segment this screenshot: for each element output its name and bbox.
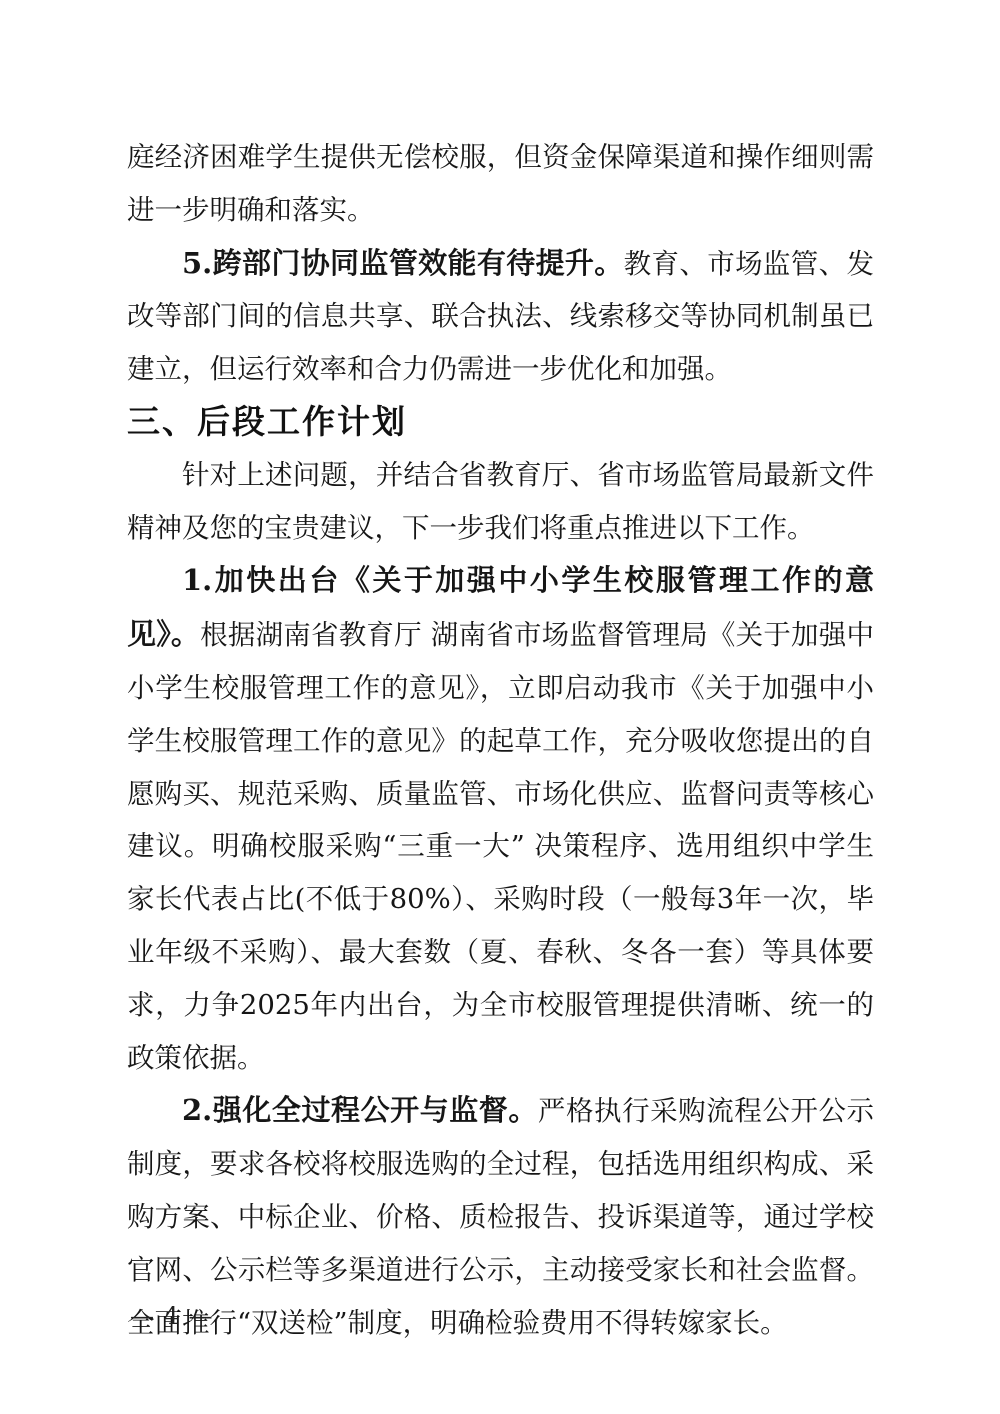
section-heading-text: 三、后段工作计划 xyxy=(127,402,407,441)
paragraph-continuation-text: 庭经济困难学生提供无偿校服，但资金保障渠道和操作细则需进一步明确和落实。 xyxy=(127,141,874,226)
page-number-text: — 4 — xyxy=(130,1302,214,1330)
intro-text: 针对上述问题，并结合省教育厅、省市场监管局最新文件精神及您的宝贵建议，下一步我们… xyxy=(127,459,874,544)
paragraph-item-5: 5.跨部门协同监管效能有待提升。教育、市场监管、发改等部门间的信息共享、联合执法… xyxy=(127,237,874,396)
section-heading: 三、后段工作计划 xyxy=(127,396,874,449)
paragraph-item-2: 2.强化全过程公开与监督。严格执行采购流程公开公示制度，要求各校将校服选购的全过… xyxy=(127,1084,874,1349)
item-5-lead: 5.跨部门协同监管效能有待提升。 xyxy=(182,246,624,280)
paragraph-item-1: 1.加快出台《关于加强中小学生校服管理工作的意见》。根据湖南省教育厅 湖南省市场… xyxy=(127,554,874,1084)
document-page: 庭经济困难学生提供无偿校服，但资金保障渠道和操作细则需进一步明确和落实。 5.跨… xyxy=(0,0,1000,1414)
document-text: 庭经济困难学生提供无偿校服，但资金保障渠道和操作细则需进一步明确和落实。 5.跨… xyxy=(127,131,874,1349)
item-2-lead: 2.强化全过程公开与监督。 xyxy=(182,1093,538,1127)
item-1-body: 根据湖南省教育厅 湖南省市场监督管理局《关于加强中小学生校服管理工作的意见》，立… xyxy=(127,619,874,1073)
paragraph-continuation: 庭经济困难学生提供无偿校服，但资金保障渠道和操作细则需进一步明确和落实。 xyxy=(127,131,874,237)
item-2-body: 严格执行采购流程公开公示制度，要求各校将校服选购的全过程，包括选用组织构成、采购… xyxy=(127,1095,874,1338)
page-number: — 4 — xyxy=(130,1301,214,1331)
paragraph-intro: 针对上述问题，并结合省教育厅、省市场监管局最新文件精神及您的宝贵建议，下一步我们… xyxy=(127,449,874,555)
